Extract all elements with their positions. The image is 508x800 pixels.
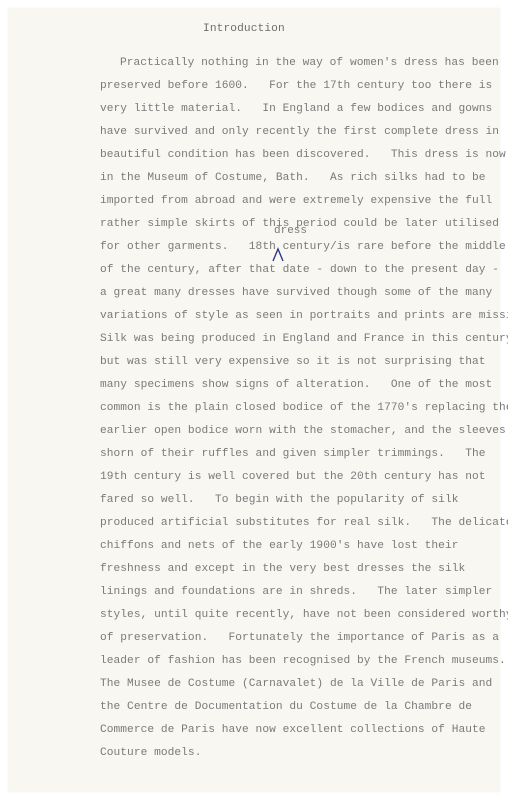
text-line-6: in the Museum of Costume, Bath. As rich …	[100, 171, 486, 185]
text-line-12: variations of style as seen in portraits…	[100, 309, 508, 323]
text-line-27: leader of fashion has been recognised by…	[100, 654, 506, 668]
text-line-31: Couture models.	[100, 746, 201, 760]
text-line-28: The Musee de Costume (Carnavalet) de la …	[100, 677, 492, 691]
text-line-7: imported from abroad and were extremely …	[100, 194, 492, 208]
inserted-word: dress	[274, 225, 307, 237]
text-line-3: very little material. In England a few b…	[100, 102, 492, 116]
text-line-24: linings and foundations are in shreds. T…	[100, 585, 492, 599]
text-line-21: produced artificial substitutes for real…	[100, 516, 508, 530]
text-line-20: fared so well. To begin with the popular…	[100, 493, 458, 507]
text-line-16: common is the plain closed bodice of the…	[100, 401, 508, 415]
text-line-1: Practically nothing in the way of women'…	[120, 56, 499, 70]
text-line-25: styles, until quite recently, have not b…	[100, 608, 508, 622]
text-line-29: the Centre de Documentation du Costume d…	[100, 700, 472, 714]
text-line-15: many specimens show signs of alteration.…	[100, 378, 492, 392]
text-line-19: 19th century is well covered but the 20t…	[100, 470, 486, 484]
text-line-17: earlier open bodice worn with the stomac…	[100, 424, 506, 438]
text-line-4: have survived and only recently the firs…	[100, 125, 499, 139]
text-line-22: chiffons and nets of the early 1900's ha…	[100, 539, 458, 553]
page-title: Introduction	[203, 23, 285, 35]
text-line-14: but was still very expensive so it is no…	[100, 355, 486, 369]
text-line-13: Silk was being produced in England and F…	[100, 332, 508, 346]
text-line-5: beautiful condition has been discovered.…	[100, 148, 506, 162]
text-line-9: for other garments. 18th century/is rare…	[100, 240, 506, 254]
text-line-30: Commerce de Paris have now excellent col…	[100, 723, 486, 737]
insertion-caret-icon	[271, 246, 285, 262]
text-line-18: shorn of their ruffles and given simpler…	[100, 447, 486, 461]
text-line-11: a great many dresses have survived thoug…	[100, 286, 492, 300]
text-line-2: preserved before 1600. For the 17th cent…	[100, 79, 492, 93]
text-line-10: of the century, after that date - down t…	[100, 263, 499, 277]
text-line-26: of preservation. Fortunately the importa…	[100, 631, 499, 645]
typewritten-page: Introduction Practically nothing in the …	[8, 8, 500, 792]
text-line-23: freshness and except in the very best dr…	[100, 562, 465, 576]
